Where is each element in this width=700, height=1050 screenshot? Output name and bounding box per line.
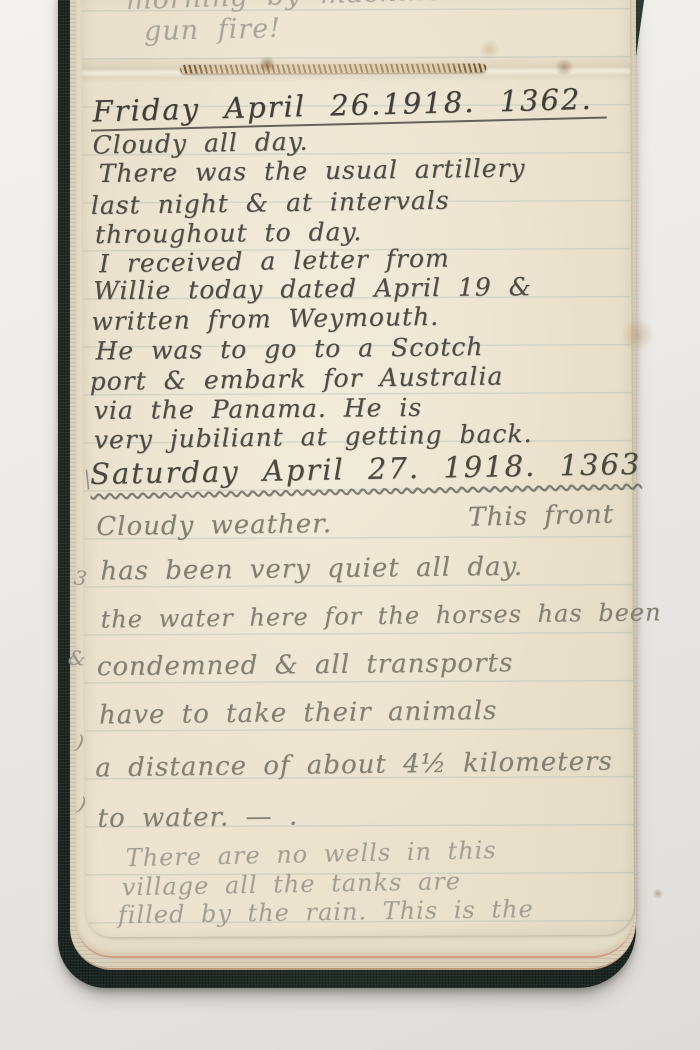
- notebook-page: morning by machine gun fire! Friday Apri…: [82, 0, 634, 937]
- handwriting-line: Willie today dated April 19 &: [93, 272, 532, 305]
- page-stain: [652, 889, 664, 899]
- handwriting-line: There was the usual artillery: [99, 153, 526, 188]
- previous-entry-line: gun fire!: [144, 13, 282, 47]
- page-stain: [554, 59, 574, 75]
- page-stain: [619, 319, 655, 351]
- handwriting-line: has been very quiet all day.: [100, 552, 523, 587]
- handwriting-line: written from Weymouth.: [91, 302, 439, 336]
- handwriting-line: have to take their animals: [99, 696, 498, 731]
- handwriting-line: condemned & all transports: [97, 648, 514, 682]
- page-stain: [258, 56, 276, 72]
- handwriting-line: to water. — .: [97, 802, 298, 834]
- handwriting-line: throughout to day.: [95, 217, 363, 249]
- notebook-photo: morning by machine gun fire! Friday Apri…: [0, 0, 700, 1050]
- handwriting-line: port & embark for Australia: [89, 362, 503, 396]
- page-stain: [478, 39, 500, 59]
- handwriting-line: He was to go to a Scotch: [95, 332, 483, 365]
- handwriting-line: via the Panama. He is: [94, 393, 423, 425]
- handwriting-line: Cloudy weather.: [96, 509, 332, 542]
- handwriting-line: Cloudy all day.: [92, 127, 308, 160]
- binding-stitch: [180, 63, 486, 73]
- handwriting-line: This front: [468, 500, 615, 533]
- margin-stray-mark: &: [67, 645, 86, 670]
- handwriting-line: last night & at intervals: [91, 186, 450, 220]
